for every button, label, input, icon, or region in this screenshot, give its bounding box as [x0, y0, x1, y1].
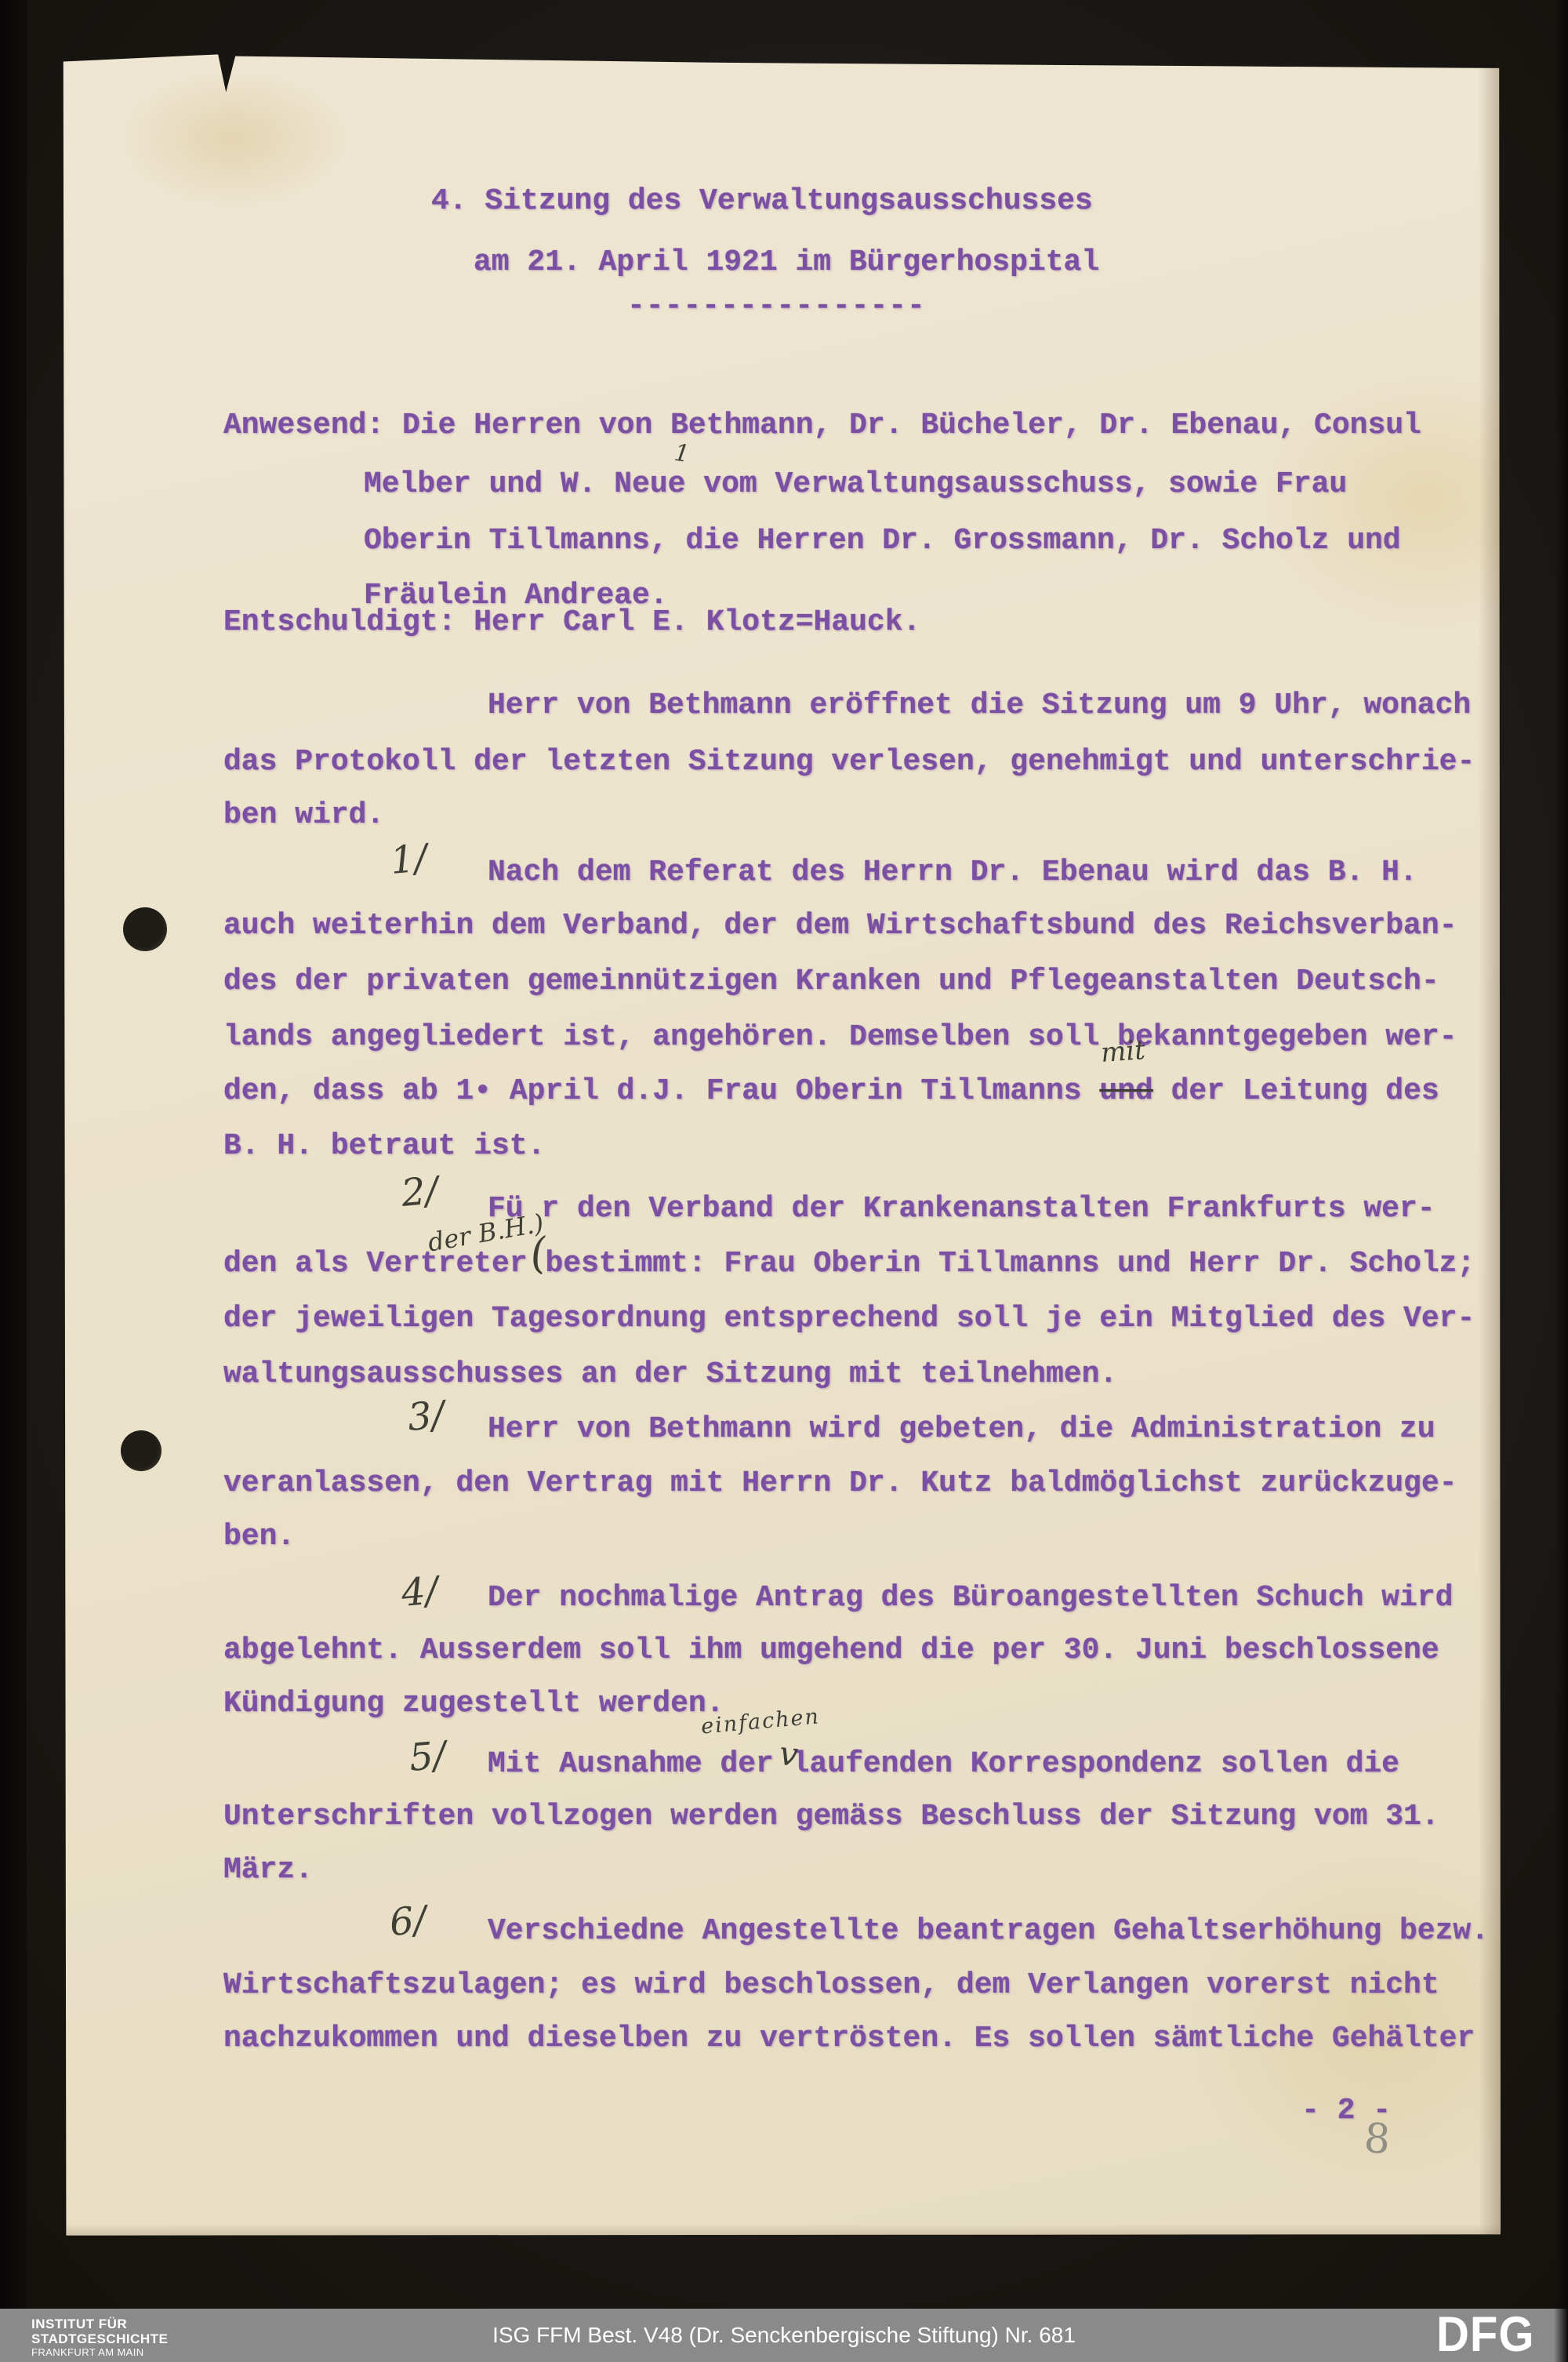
- punch-hole-top: [123, 907, 167, 951]
- typed-line: der jeweiligen Tagesordnung entsprechend…: [223, 1302, 1475, 1336]
- document-page: 4. Sitzung des Verwaltungsausschusses am…: [61, 52, 1501, 2237]
- typed-line: ben wird.: [223, 798, 384, 833]
- paper-stain: [116, 67, 351, 209]
- attendance-line: Melber und W. Neue vom Verwaltungsaussch…: [364, 467, 1347, 502]
- pencil-page-number: 8: [1363, 2118, 1392, 2160]
- typed-line-with-correction: den, dass ab 1• April d.J. Frau Oberin T…: [223, 1074, 1439, 1109]
- typed-line: nachzukommen und dieselben zu vertrösten…: [223, 2022, 1475, 2056]
- typed-line: den als Vertreter bestimmt: Frau Oberin …: [223, 1247, 1475, 1281]
- handwritten-item-number-3: 3/: [406, 1396, 446, 1437]
- typed-line: Kündigung zugestellt werden.: [223, 1687, 724, 1721]
- typed-line: Herr von Bethmann wird gebeten, die Admi…: [488, 1412, 1436, 1447]
- handwritten-caret: v: [778, 1737, 800, 1771]
- paper-edge-shadow: [61, 2224, 1501, 2237]
- typed-line: Nach dem Referat des Herrn Dr. Ebenau wi…: [488, 856, 1417, 890]
- typed-line: Unterschriften vollzogen werden gemäss B…: [223, 1800, 1439, 1834]
- handwritten-item-number-2: 2/: [400, 1172, 440, 1212]
- handwritten-insert-mark: 1: [673, 442, 691, 467]
- typed-line: abgelehnt. Ausserdem soll ihm umgehend d…: [223, 1633, 1439, 1668]
- title-underline: ----------------: [627, 289, 926, 324]
- scan-background: 4. Sitzung des Verwaltungsausschusses am…: [0, 0, 1568, 2362]
- typed-line: lands angegliedert ist, angehören. Demse…: [223, 1020, 1457, 1055]
- attendance-line: Anwesend: Die Herren von Bethmann, Dr. B…: [223, 409, 1421, 443]
- typed-text: der Leitung des: [1153, 1074, 1439, 1108]
- excused-line: Entschuldigt: Herr Carl E. Klotz=Hauck.: [223, 605, 920, 640]
- attendance-line: Oberin Tillmanns, die Herren Dr. Grossma…: [364, 524, 1401, 558]
- typed-line: veranlassen, den Vertrag mit Herrn Dr. K…: [223, 1466, 1457, 1501]
- title-line-2: am 21. April 1921 im Bürgerhospital: [474, 245, 1099, 280]
- typed-line: März.: [223, 1853, 313, 1888]
- handwritten-item-number-6: 6/: [388, 1901, 428, 1942]
- typed-line: auch weiterhin dem Verband, der dem Wirt…: [223, 909, 1457, 943]
- typed-line: des der privaten gemeinnützigen Kranken …: [223, 965, 1439, 999]
- handwritten-item-number-1: 1/: [389, 839, 429, 880]
- handwritten-paren: (: [528, 1232, 549, 1276]
- typed-text: den, dass ab 1• April d.J. Frau Oberin T…: [223, 1074, 1099, 1108]
- handwritten-insert-mit: mit: [1100, 1037, 1146, 1067]
- handwritten-item-number-4: 4/: [400, 1572, 440, 1612]
- typed-line: Mit Ausnahme der laufenden Korrespondenz…: [488, 1747, 1399, 1782]
- typed-line: Herr von Bethmann eröffnet die Sitzung u…: [488, 689, 1471, 723]
- typed-line: Fü r den Verband der Krankenanstalten Fr…: [488, 1192, 1436, 1226]
- typed-line: Wirtschaftszulagen; es wird beschlossen,…: [223, 1968, 1439, 2003]
- title-line-1: 4. Sitzung des Verwaltungsausschusses: [431, 184, 1093, 219]
- typed-line: Der nochmalige Antrag des Büroangestellt…: [488, 1581, 1453, 1615]
- archive-reference: ISG FFM Best. V48 (Dr. Senckenbergische …: [0, 2323, 1568, 2348]
- punch-hole-bottom: [121, 1430, 162, 1471]
- institute-line-3: FRANKFURT AM MAIN: [31, 2346, 168, 2359]
- typed-line: B. H. betraut ist.: [223, 1129, 545, 1164]
- typed-line: das Protokoll der letzten Sitzung verles…: [223, 745, 1475, 779]
- dfg-logo: DFG: [1436, 2310, 1534, 2360]
- typed-line: waltungsausschusses an der Sitzung mit t…: [223, 1357, 1117, 1392]
- footer-bar: INSTITUT FÜR STADTGESCHICHTE FRANKFURT A…: [0, 2309, 1568, 2362]
- paper-edge-shadow: [1479, 52, 1501, 2237]
- typed-line: ben.: [223, 1520, 295, 1554]
- handwritten-item-number-5: 5/: [408, 1736, 448, 1777]
- struck-word: und: [1099, 1074, 1152, 1108]
- typed-line: Verschiedne Angestellte beantragen Gehal…: [488, 1914, 1489, 1949]
